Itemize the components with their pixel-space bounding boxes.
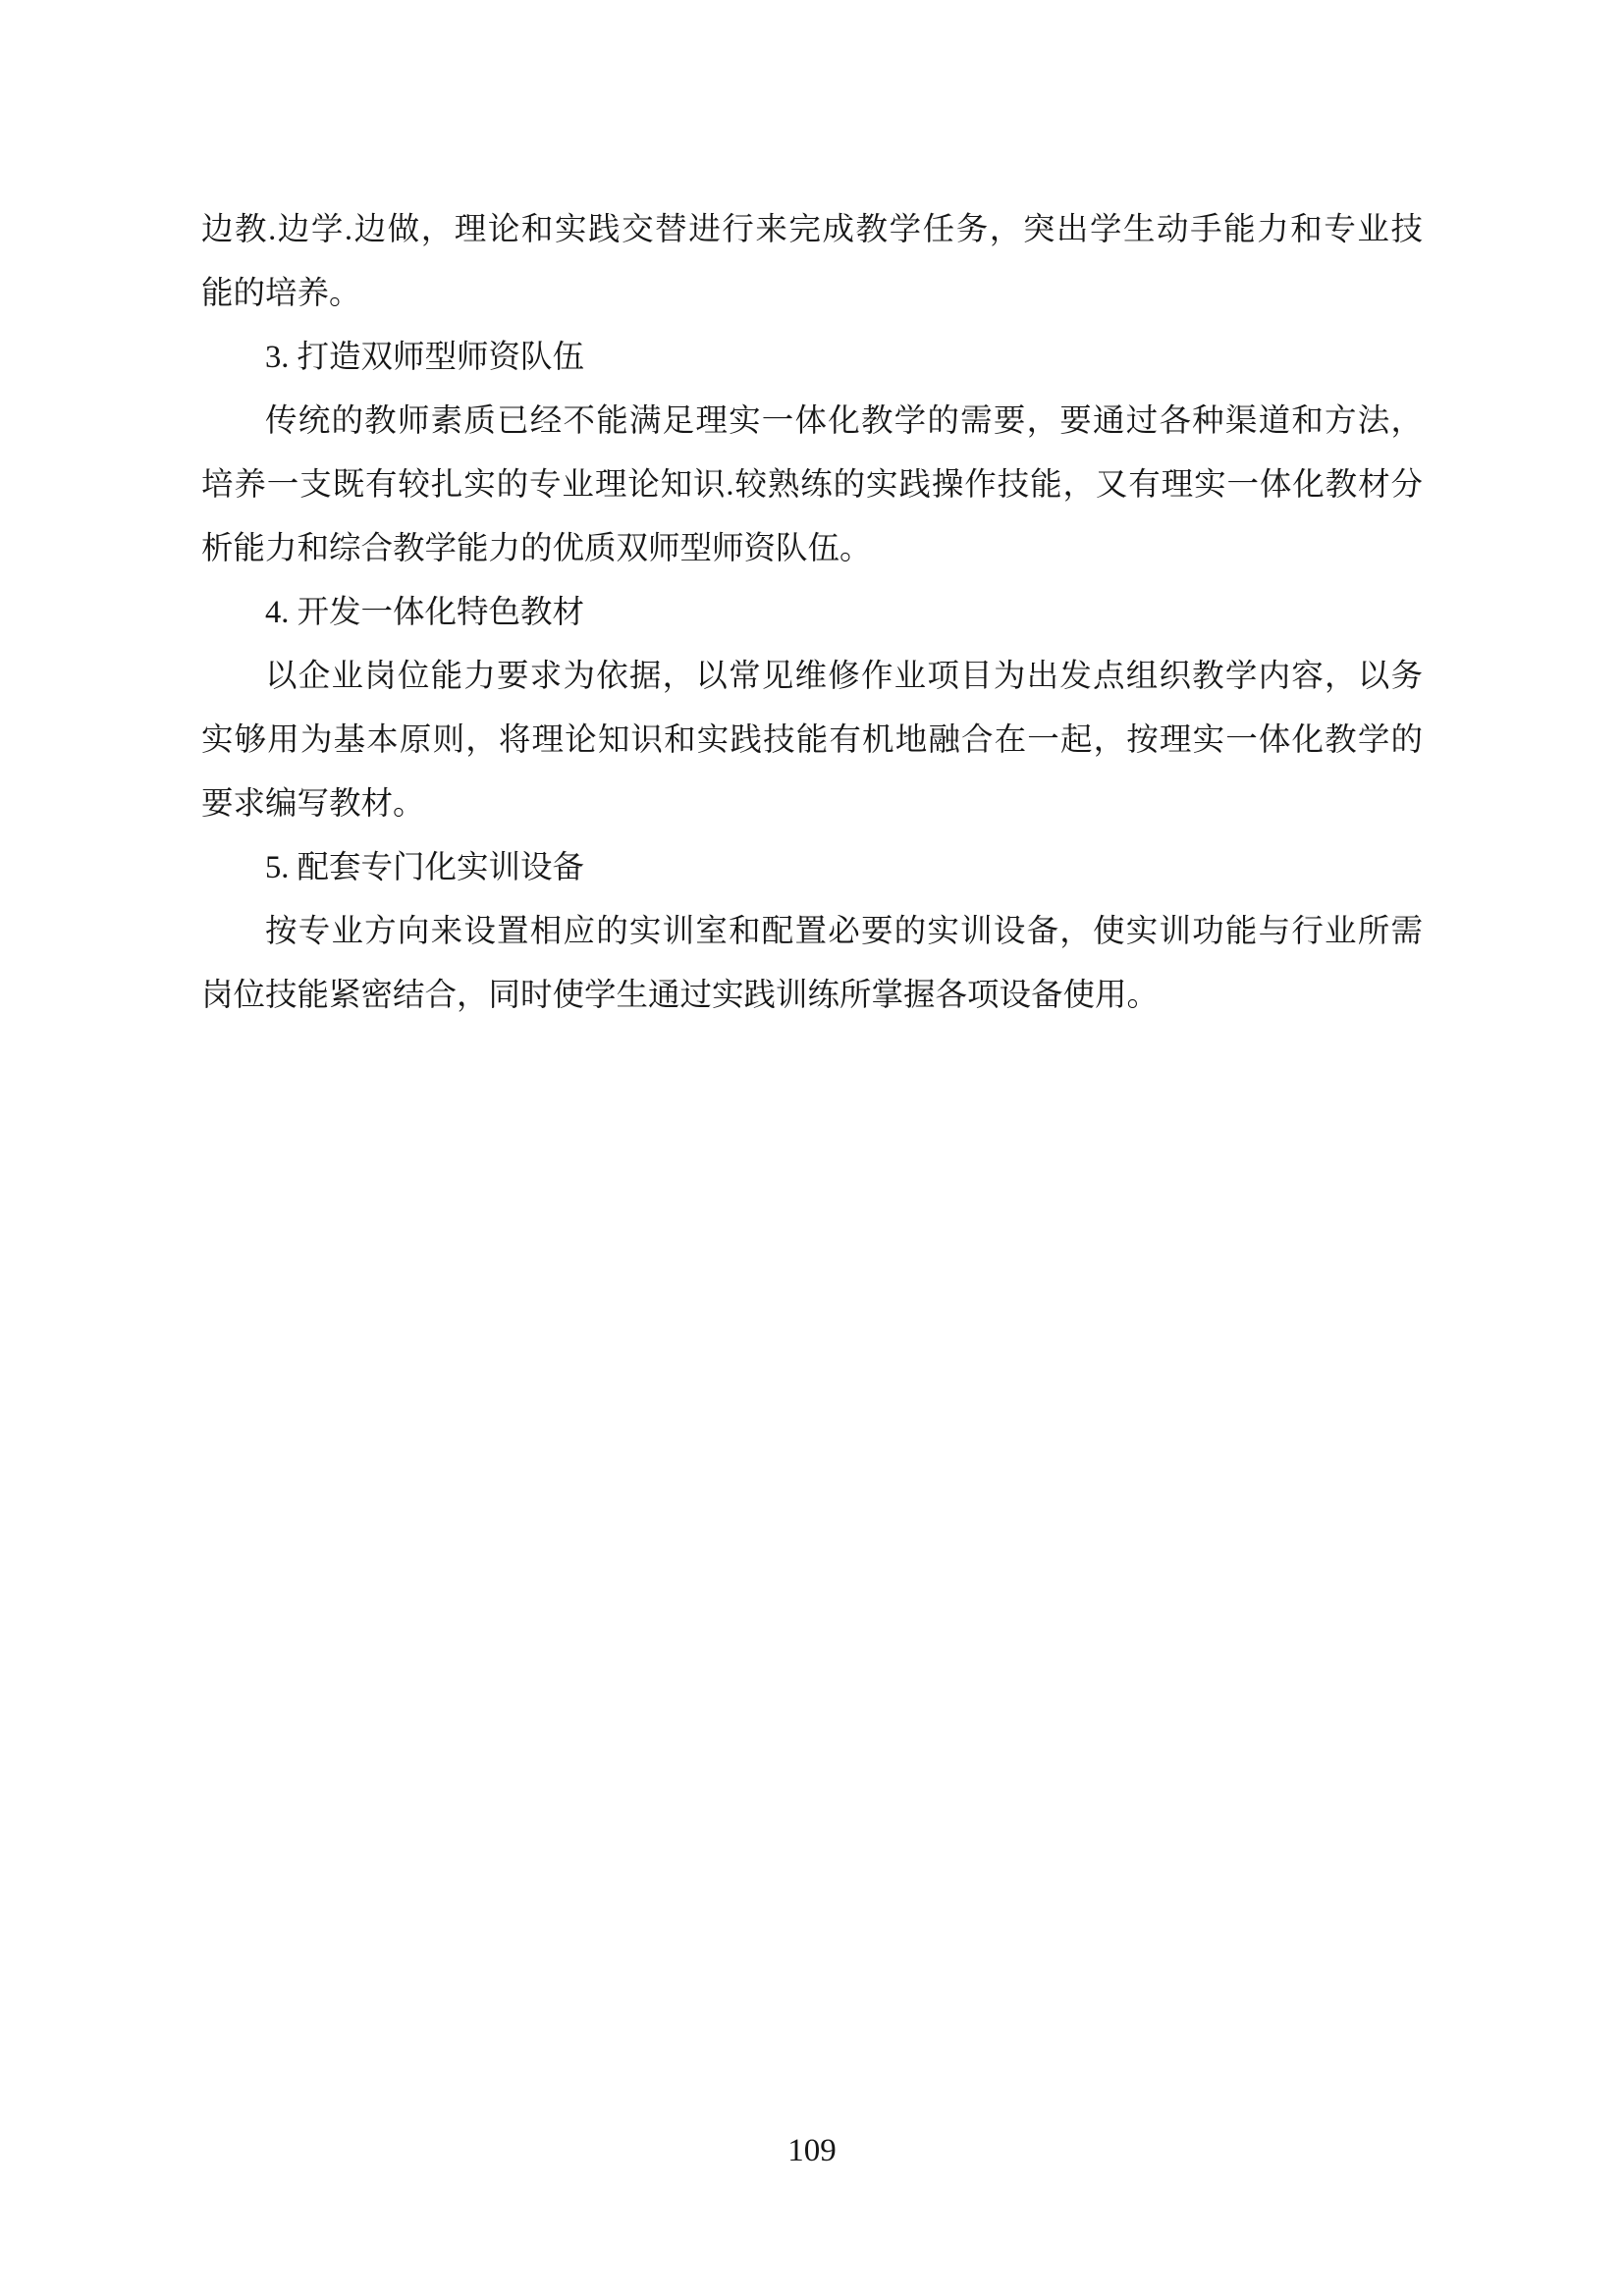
section-heading: 3. 打造双师型师资队伍 bbox=[201, 326, 1423, 390]
body-text-line: 培养一支既有较扎实的专业理论知识.较熟练的实践操作技能，又有理实一体化教材分 bbox=[201, 454, 1423, 517]
body-text-line: 岗位技能紧密结合，同时使学生通过实践训练所掌握各项设备使用。 bbox=[201, 964, 1423, 1028]
body-text-line: 传统的教师素质已经不能满足理实一体化教学的需要，要通过各种渠道和方法， bbox=[201, 390, 1423, 454]
body-text-line: 要求编写教材。 bbox=[201, 773, 1423, 836]
section-heading: 5. 配套专门化实训设备 bbox=[201, 836, 1423, 900]
body-text-line: 边教.边学.边做，理论和实践交替进行来完成教学任务，突出学生动手能力和专业技 bbox=[201, 198, 1423, 262]
text-block: 边教.边学.边做，理论和实践交替进行来完成教学任务，突出学生动手能力和专业技 能… bbox=[201, 198, 1423, 1028]
body-text-line: 以企业岗位能力要求为依据，以常见维修作业项目为出发点组织教学内容，以务 bbox=[201, 645, 1423, 709]
body-text-line: 按专业方向来设置相应的实训室和配置必要的实训设备，使实训功能与行业所需 bbox=[201, 900, 1423, 964]
body-text-line: 析能力和综合教学能力的优质双师型师资队伍。 bbox=[201, 517, 1423, 581]
document-page: 边教.边学.边做，理论和实践交替进行来完成教学任务，突出学生动手能力和专业技 能… bbox=[0, 0, 1624, 2296]
page-number: 109 bbox=[787, 2133, 837, 2168]
body-text-line: 实够用为基本原则，将理论知识和实践技能有机地融合在一起，按理实一体化教学的 bbox=[201, 709, 1423, 773]
page-footer: 109 bbox=[0, 2131, 1624, 2170]
body-text-line: 能的培养。 bbox=[201, 262, 1423, 326]
section-heading: 4. 开发一体化特色教材 bbox=[201, 581, 1423, 645]
